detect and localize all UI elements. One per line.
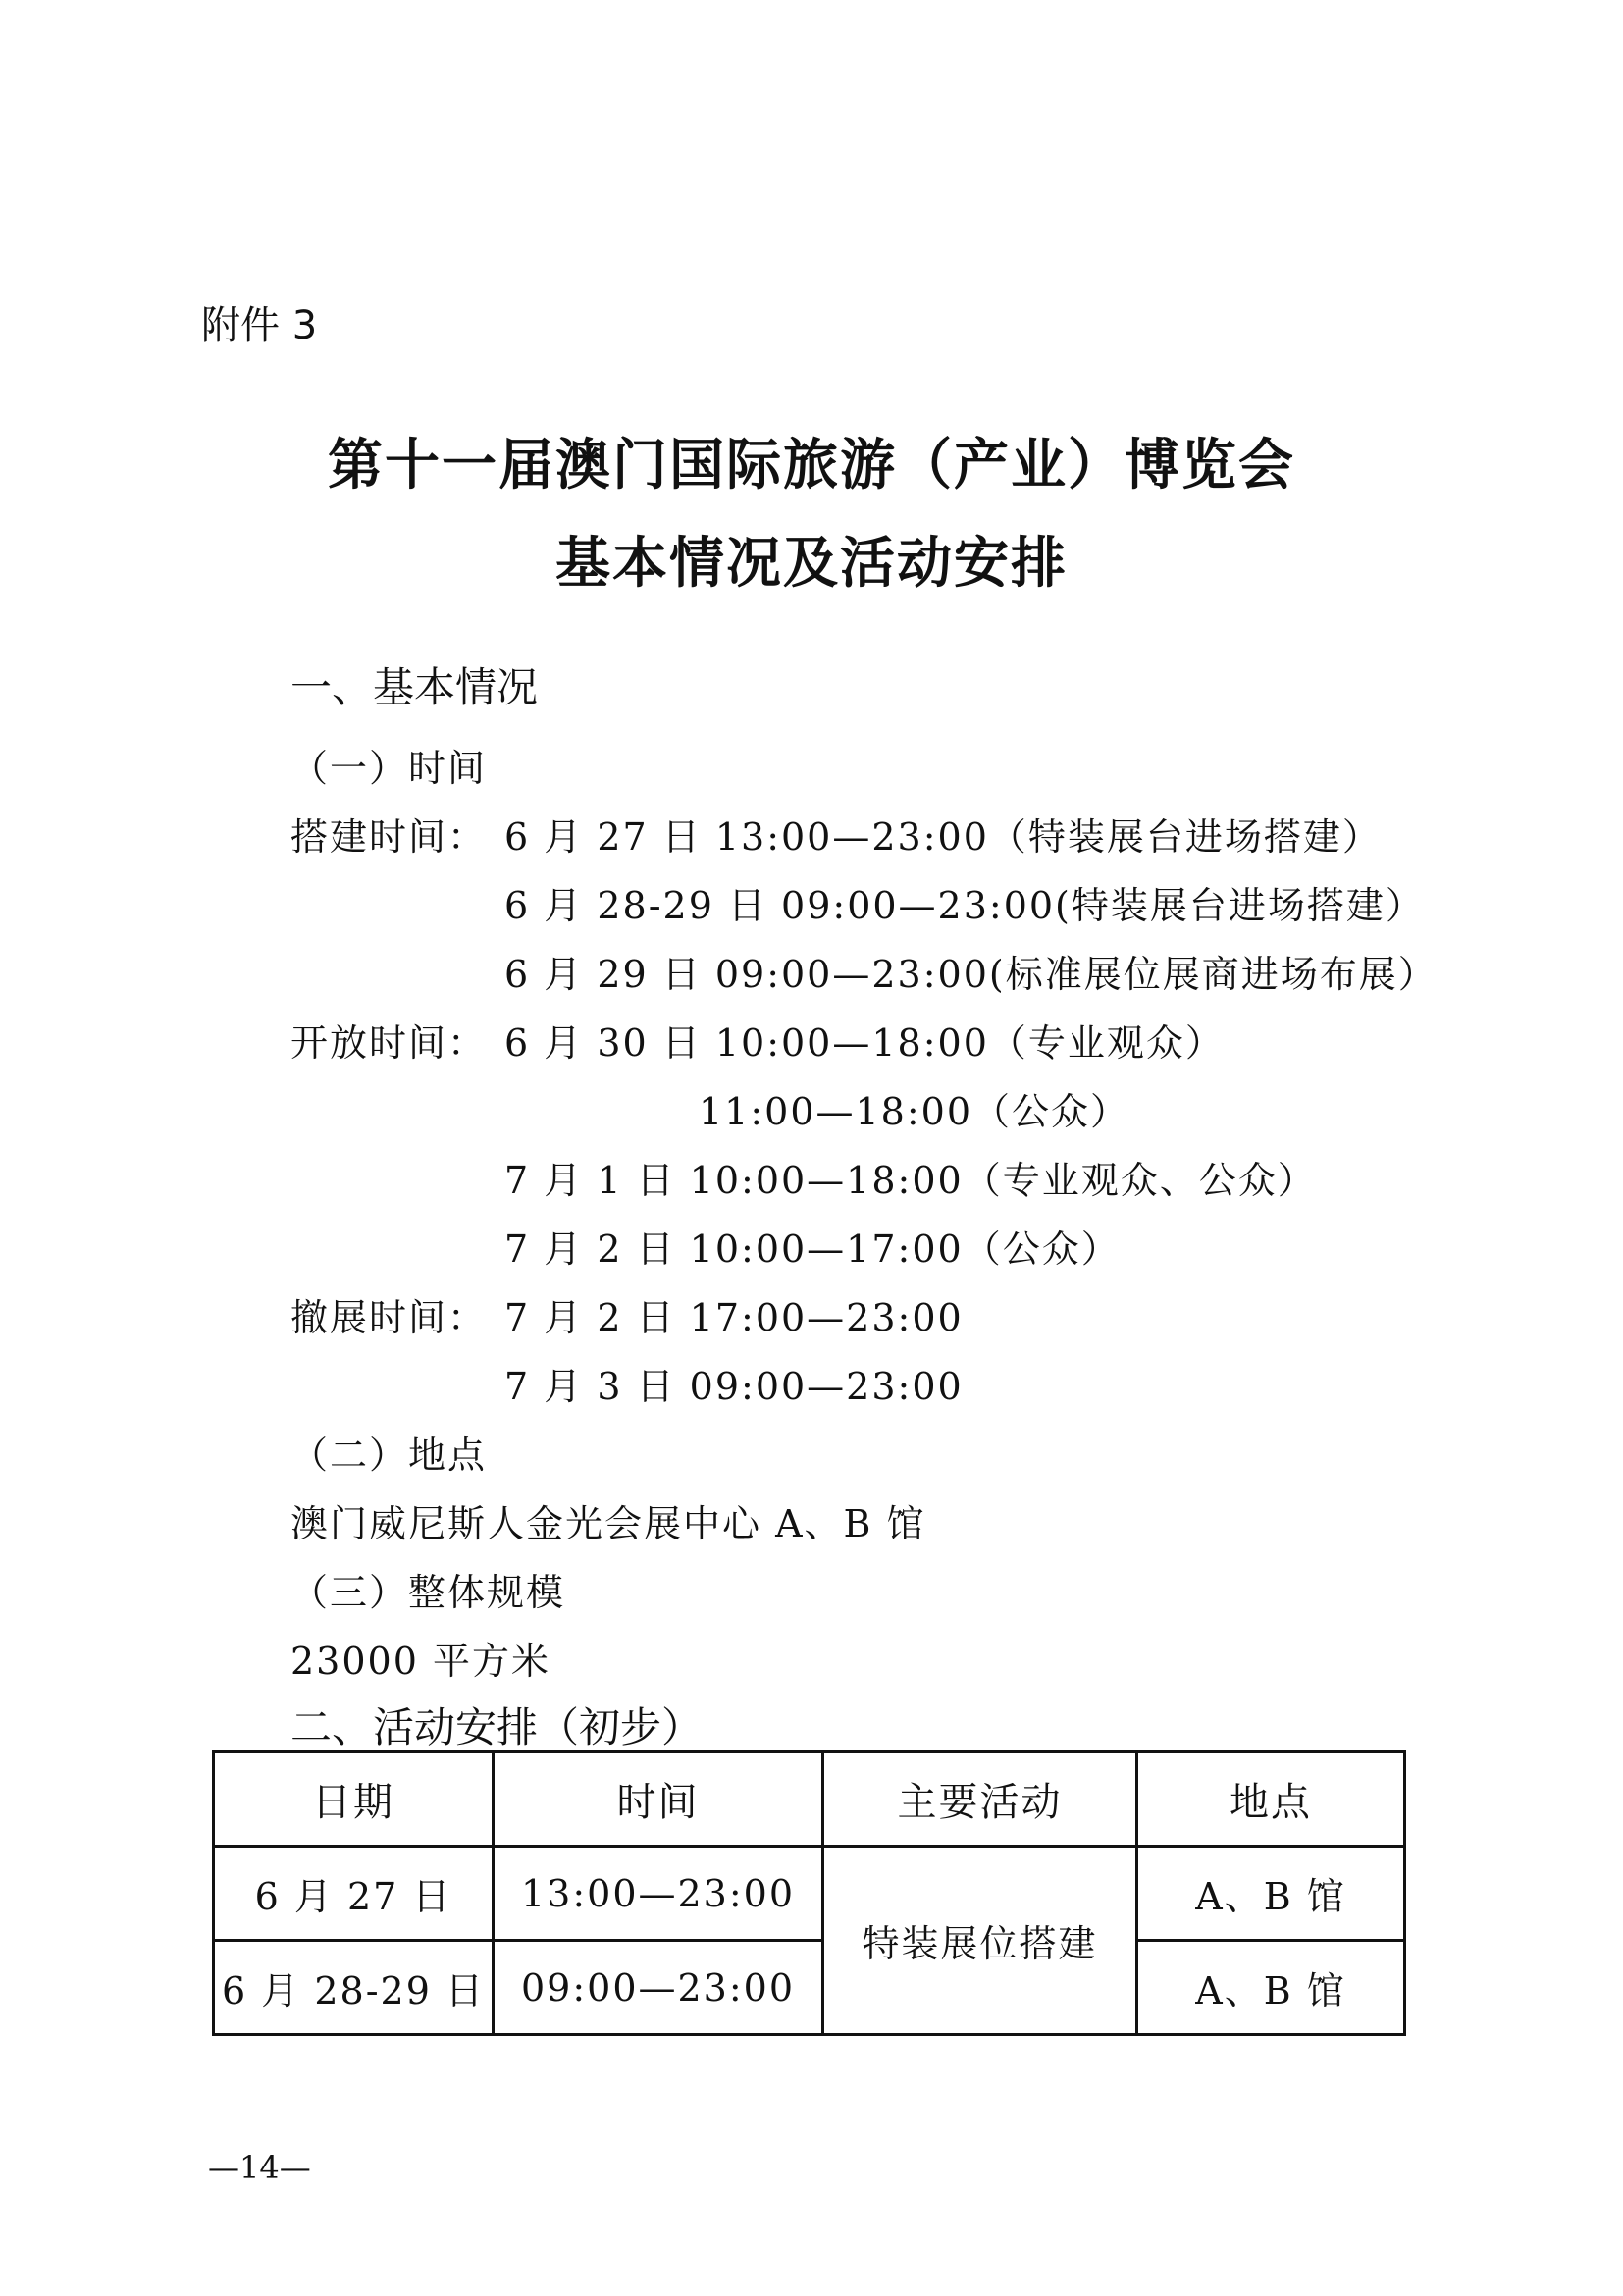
page-number: —14— <box>208 2149 311 2186</box>
teardown-time-entry: 7 月 3 日 09:00—23:00 <box>504 1356 964 1410</box>
header-activity: 主要活动 <box>823 1752 1137 1847</box>
teardown-time-label: 撤展时间： <box>290 1287 487 1341</box>
cell-activity: 特装展位搭建 <box>823 1847 1137 2035</box>
scale-subheading: （三）整体规模 <box>290 1562 565 1616</box>
document-title-line1: 第十一届澳门国际旅游（产业）博览会 <box>0 422 1623 500</box>
open-time-entry: 11:00—18:00（公众） <box>699 1081 1129 1135</box>
scale-value: 23000 平方米 <box>290 1631 550 1685</box>
section1-heading: 一、基本情况 <box>290 655 538 714</box>
document-title-line2: 基本情况及活动安排 <box>0 520 1623 599</box>
setup-time-label: 搭建时间： <box>290 807 487 861</box>
attachment-label: 附件 3 <box>201 294 317 350</box>
location-value: 澳门威尼斯人金光会展中心 A、B 馆 <box>290 1493 926 1547</box>
cell-time: 13:00—23:00 <box>494 1847 823 1941</box>
table-header-row: 日期 时间 主要活动 地点 <box>214 1752 1405 1847</box>
header-time: 时间 <box>494 1752 823 1847</box>
section2-heading: 二、活动安排（初步） <box>290 1696 703 1754</box>
time-subheading: （一）时间 <box>290 738 487 792</box>
cell-time: 09:00—23:00 <box>494 1941 823 2035</box>
cell-date: 6 月 28-29 日 <box>214 1941 494 2035</box>
header-date: 日期 <box>214 1752 494 1847</box>
table-row: 6 月 28-29 日 09:00—23:00 A、B 馆 <box>214 1941 1405 2035</box>
setup-time-entry: 6 月 29 日 09:00—23:00(标准展位展商进场布展） <box>504 944 1438 998</box>
open-time-label: 开放时间： <box>290 1013 487 1067</box>
teardown-time-entry: 7 月 2 日 17:00—23:00 <box>504 1287 964 1341</box>
table-row: 6 月 27 日 13:00—23:00 特装展位搭建 A、B 馆 <box>214 1847 1405 1941</box>
cell-date: 6 月 27 日 <box>214 1847 494 1941</box>
open-time-entry: 6 月 30 日 10:00—18:00（专业观众） <box>504 1013 1225 1067</box>
open-time-entry: 7 月 1 日 10:00—18:00（专业观众、公众） <box>504 1150 1317 1204</box>
cell-venue: A、B 馆 <box>1137 1941 1405 2035</box>
activity-schedule-table: 日期 时间 主要活动 地点 6 月 27 日 13:00—23:00 特装展位搭… <box>212 1750 1406 2036</box>
setup-time-entry: 6 月 27 日 13:00—23:00（特装展台进场搭建） <box>504 807 1382 861</box>
open-time-entry: 7 月 2 日 10:00—17:00（公众） <box>504 1219 1121 1273</box>
setup-time-entry: 6 月 28-29 日 09:00—23:00(特装展台进场搭建） <box>504 875 1425 929</box>
header-venue: 地点 <box>1137 1752 1405 1847</box>
cell-venue: A、B 馆 <box>1137 1847 1405 1941</box>
location-subheading: （二）地点 <box>290 1425 487 1479</box>
